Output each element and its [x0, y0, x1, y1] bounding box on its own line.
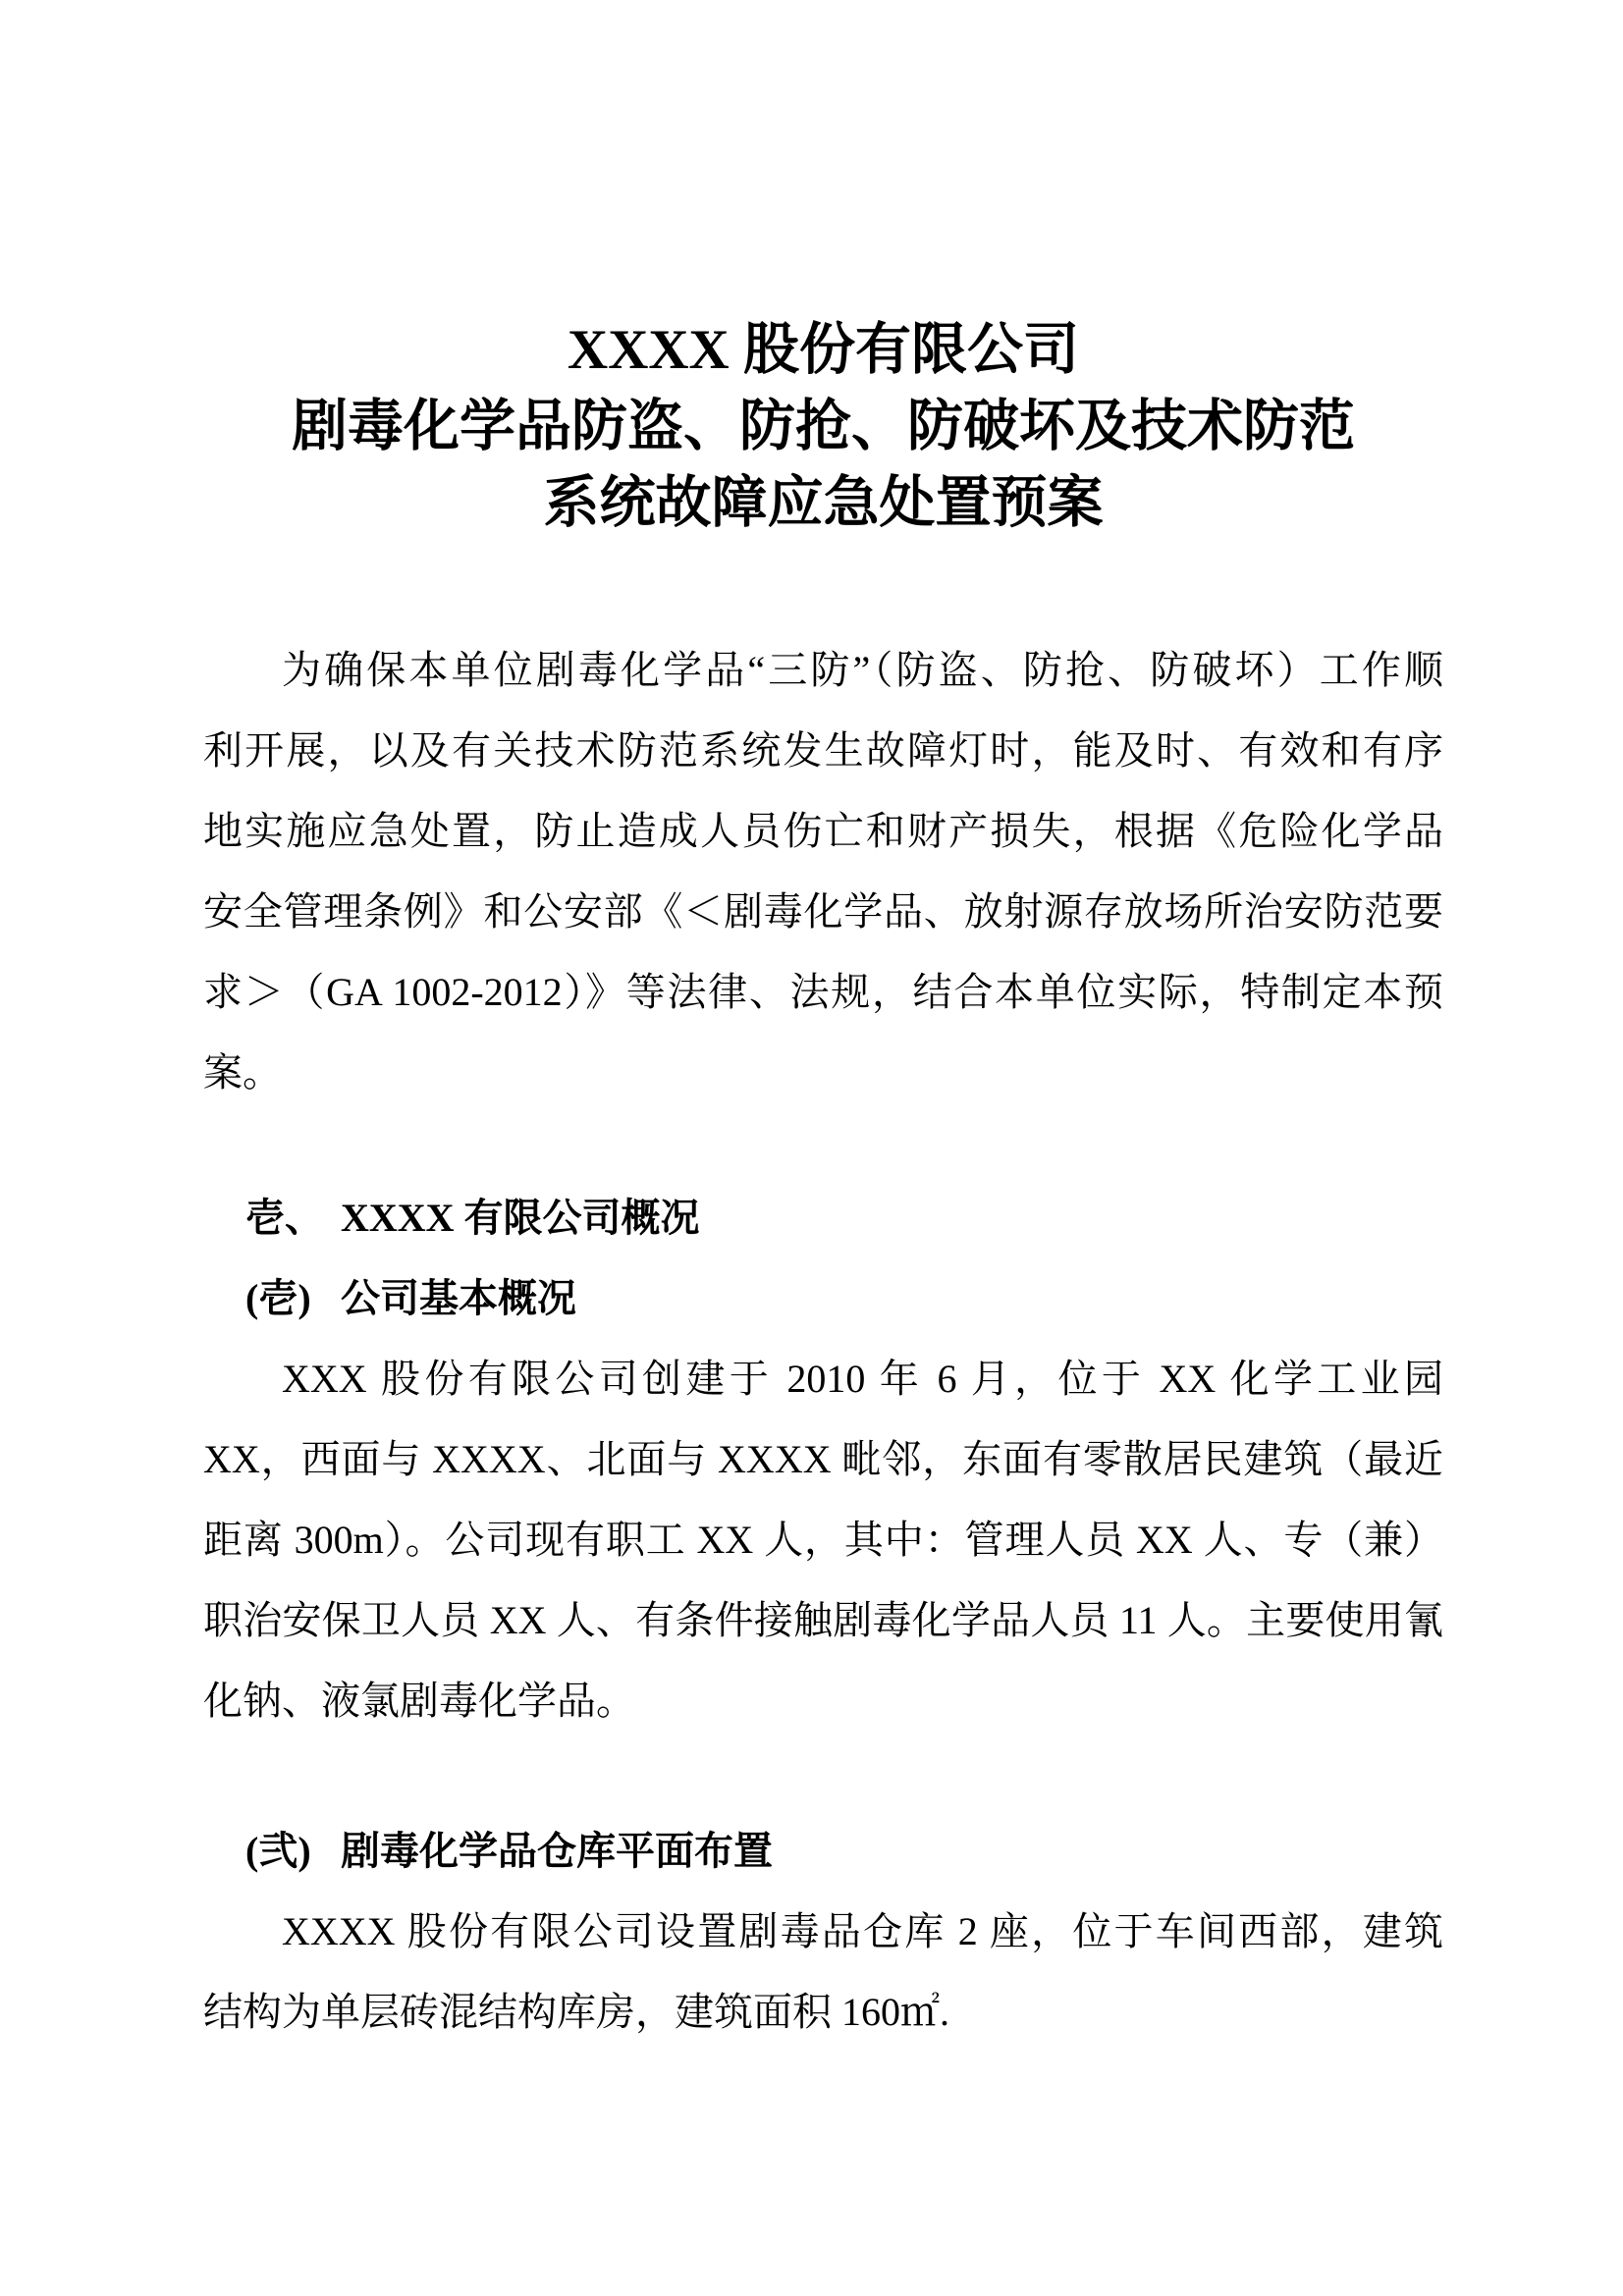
intro-paragraph: 为确保本单位剧毒化学品“三防”（防盗、防抢、防破坏）工作顺 利开展，以及有关技术…: [203, 630, 1443, 1113]
subsection-heading-warehouse-layout: (弐)剧毒化学品仓库平面布置: [203, 1811, 1443, 1892]
company-overview-paragraph: XXX 股份有限公司创建于 2010 年 6 月，位于 XX 化学工业园 XX，…: [203, 1339, 1443, 1741]
paragraph-line: 安全管理条例》和公安部《＜剧毒化学品、放射源存放场所治安防范要: [203, 872, 1443, 952]
paragraph-line: 案。: [203, 1033, 1443, 1113]
paragraph-line: 化钠、液氯剧毒化学品。: [203, 1661, 1443, 1741]
paragraph-line: 利开展，以及有关技术防范系统发生故障灯时，能及时、有效和有序: [203, 711, 1443, 791]
section-heading-company-overview: 壱、XXXX 有限公司概况: [203, 1178, 1443, 1258]
paragraph-line: XXXX 股份有限公司设置剧毒品仓库 2 座，位于车间西部，建筑: [203, 1892, 1443, 1972]
section-number: (弐): [245, 1811, 341, 1892]
paragraph-line: 距离 300m）。公司现有职工 XX 人，其中：管理人员 XX 人、专（兼）: [203, 1500, 1443, 1580]
warehouse-layout-paragraph: XXXX 股份有限公司设置剧毒品仓库 2 座，位于车间西部，建筑 结构为单层砖混…: [203, 1892, 1443, 2053]
paragraph-line: XX，西面与 XXXX、北面与 XXXX 毗邻，东面有零散居民建筑（最近: [203, 1419, 1443, 1500]
document-title: XXXX 股份有限公司 剧毒化学品防盗、防抢、防破坏及技术防范 系统故障应急处置…: [203, 312, 1443, 542]
paragraph-line: 结构为单层砖混结构库房，建筑面积 160㎡.: [203, 1972, 1443, 2053]
paragraph-line: 职治安保卫人员 XX 人、有条件接触剧毒化学品人员 11 人。主要使用氰: [203, 1580, 1443, 1661]
section-label: 公司基本概况: [341, 1276, 576, 1320]
paragraph-line: 地实施应急处置，防止造成人员伤亡和财产损失，根据《危险化学品: [203, 791, 1443, 872]
title-line-3: 系统故障应急处置预案: [203, 465, 1443, 542]
document-body: 为确保本单位剧毒化学品“三防”（防盗、防抢、防破坏）工作顺 利开展，以及有关技术…: [203, 630, 1443, 2053]
paragraph-line: 求＞（GA 1002-2012）》等法律、法规，结合本单位实际，特制定本预: [203, 952, 1443, 1033]
title-line-1: XXXX 股份有限公司: [203, 312, 1443, 389]
section-label: XXXX 有限公司概况: [341, 1196, 700, 1240]
section-number: 壱、: [245, 1178, 341, 1258]
subsection-heading-basic-profile: (壱)公司基本概况: [203, 1258, 1443, 1339]
title-line-2: 剧毒化学品防盗、防抢、防破坏及技术防范: [203, 389, 1443, 465]
section-label: 剧毒化学品仓库平面布置: [341, 1829, 773, 1873]
section-number: (壱): [245, 1258, 341, 1339]
document-content: XXXX 股份有限公司 剧毒化学品防盗、防抢、防破坏及技术防范 系统故障应急处置…: [203, 0, 1443, 2053]
document-page: XXXX 股份有限公司 剧毒化学品防盗、防抢、防破坏及技术防范 系统故障应急处置…: [0, 0, 1623, 2296]
paragraph-line: 为确保本单位剧毒化学品“三防”（防盗、防抢、防破坏）工作顺: [203, 630, 1443, 711]
paragraph-line: XXX 股份有限公司创建于 2010 年 6 月，位于 XX 化学工业园: [203, 1339, 1443, 1419]
